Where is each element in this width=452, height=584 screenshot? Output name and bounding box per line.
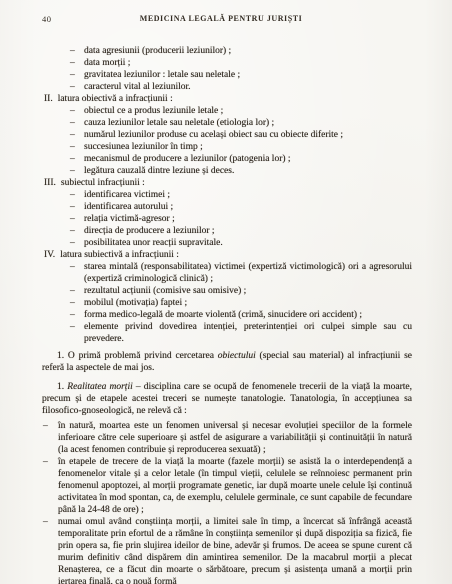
outline-list: –data agresiunii (producerii leziunilor)… xyxy=(42,45,412,345)
outline-dash-item: –relația victimă-agresor ; xyxy=(42,213,412,225)
dash-bullet-icon: – xyxy=(70,285,84,297)
paragraph-text: 1. xyxy=(57,382,67,392)
outline-roman-item: II.latura obiectivă a infracțiunii : xyxy=(42,93,412,105)
outline-item-text: caracterul vital al leziunilor. xyxy=(84,81,412,93)
outline-dash-item: –mobilul (motivația) faptei ; xyxy=(42,297,412,309)
outline-item-text: succesiunea leziunilor în timp ; xyxy=(84,141,412,153)
dash-bullet-icon: – xyxy=(70,81,84,93)
dash-bullet-icon: – xyxy=(70,57,84,69)
outline-roman-item: IV.latura subiectivă a infracțiunii : xyxy=(42,249,412,261)
bullet-list: –în natură, moartea este un fenomen univ… xyxy=(42,420,412,584)
page-body: –data agresiunii (producerii leziunilor)… xyxy=(42,45,412,584)
dash-bullet-icon: – xyxy=(70,297,84,309)
outline-dash-item: –succesiunea leziunilor în timp ; xyxy=(42,141,412,153)
dash-bullet-icon: – xyxy=(70,129,84,141)
outline-dash-item: –data agresiunii (producerii leziunilor)… xyxy=(42,45,412,57)
outline-dash-item: –forma medico-legală de moarte violentă … xyxy=(42,309,412,321)
outline-item-text: data agresiunii (producerii leziunilor) … xyxy=(84,45,412,57)
outline-dash-item: –gravitatea leziunilor : letale sau nele… xyxy=(42,69,412,81)
outline-dash-item: –direcția de producere a leziunilor ; xyxy=(42,225,412,237)
dash-bullet-icon: – xyxy=(70,141,84,153)
outline-dash-item: –elemente privind dovedirea intenției, p… xyxy=(42,321,412,345)
dash-bullet-icon: – xyxy=(70,237,84,249)
dash-bullet-icon: – xyxy=(70,45,84,57)
outline-item-text: subiectul infracțiunii : xyxy=(61,177,412,189)
outline-item-text: gravitatea leziunilor : letale sau nelet… xyxy=(84,69,412,81)
outline-item-text: posibilitatea unor reacții supravitale. xyxy=(84,237,412,249)
dash-bullet-icon: – xyxy=(70,117,84,129)
paragraph-italic-term: Realitatea morții xyxy=(67,382,132,392)
roman-numeral-label: III. xyxy=(44,177,61,189)
running-title: MEDICINA LEGALĂ PENTRU JURIȘTI xyxy=(36,14,406,24)
roman-numeral-label: IV. xyxy=(44,249,60,261)
outline-dash-item: –mecanismul de producere a leziunilor (p… xyxy=(42,153,412,165)
dash-bullet-icon: – xyxy=(70,69,84,81)
outline-item-text: data morții ; xyxy=(84,57,412,69)
outline-dash-item: –numărul leziunilor produse cu același o… xyxy=(42,129,412,141)
bullet-item-text: în natură, moartea este un fenomen unive… xyxy=(58,420,412,456)
outline-item-text: relația victimă-agresor ; xyxy=(84,213,412,225)
outline-item-text: legătura cauzală dintre leziune și deces… xyxy=(84,165,412,177)
roman-numeral-label: II. xyxy=(44,93,58,105)
paragraph-text: 1. O primă problemă privind cercetarea xyxy=(57,351,218,361)
paragraph-object-intro: 1. O primă problemă privind cercetarea o… xyxy=(42,350,412,374)
outline-item-text: mecanismul de producere a leziunilor (pa… xyxy=(84,153,412,165)
dash-bullet-icon: – xyxy=(70,225,84,237)
outline-dash-item: –identificarea autorului ; xyxy=(42,201,412,213)
outline-item-text: mobilul (motivația) faptei ; xyxy=(84,297,412,309)
outline-item-text: cauza leziunilor letale sau neletale (et… xyxy=(84,117,412,129)
dash-bullet-icon: – xyxy=(70,321,84,345)
outline-dash-item: –identificarea victimei ; xyxy=(42,189,412,201)
outline-item-text: identificarea victimei ; xyxy=(84,189,412,201)
outline-item-text: obiectul ce a produs leziunile letale ; xyxy=(84,105,412,117)
outline-dash-item: –posibilitatea unor reacții supravitale. xyxy=(42,237,412,249)
outline-dash-item: –caracterul vital al leziunilor. xyxy=(42,81,412,93)
dash-bullet-icon: – xyxy=(70,165,84,177)
outline-item-text: numărul leziunilor produse cu același ob… xyxy=(84,129,412,141)
outline-dash-item: –legătura cauzală dintre leziune și dece… xyxy=(42,165,412,177)
outline-item-text: identificarea autorului ; xyxy=(84,201,412,213)
book-page: 40 MEDICINA LEGALĂ PENTRU JURIȘTI –data … xyxy=(0,0,452,584)
dash-bullet-icon: – xyxy=(42,516,58,584)
outline-item-text: direcția de producere a leziunilor ; xyxy=(84,225,412,237)
bullet-item: –în etapele de trecere de la viață la mo… xyxy=(42,456,412,516)
bullet-item-text: în etapele de trecere de la viață la moa… xyxy=(58,456,412,516)
bullet-item: –în natură, moartea este un fenomen univ… xyxy=(42,420,412,456)
dash-bullet-icon: – xyxy=(70,261,84,285)
dash-bullet-icon: – xyxy=(70,201,84,213)
dash-bullet-icon: – xyxy=(70,105,84,117)
dash-bullet-icon: – xyxy=(70,213,84,225)
outline-item-text: elemente privind dovedirea intenției, pr… xyxy=(84,321,412,345)
paragraph-italic-term: obiectului xyxy=(218,351,256,361)
bullet-item: –numai omul având conștiința morții, a l… xyxy=(42,516,412,584)
outline-item-text: latura obiectivă a infracțiunii : xyxy=(58,93,412,105)
outline-item-text: rezultatul acțiunii (comisive sau omisiv… xyxy=(84,285,412,297)
outline-roman-item: III.subiectul infracțiunii : xyxy=(42,177,412,189)
outline-item-text: latura subiectivă a infracțiunii : xyxy=(60,249,412,261)
paragraph-realitatea-mortii: 1. Realitatea morții – disciplina care s… xyxy=(42,381,412,417)
outline-dash-item: –rezultatul acțiunii (comisive sau omisi… xyxy=(42,285,412,297)
dash-bullet-icon: – xyxy=(70,309,84,321)
outline-item-text: forma medico-legală de moarte violentă (… xyxy=(84,309,412,321)
dash-bullet-icon: – xyxy=(42,420,58,456)
dash-bullet-icon: – xyxy=(70,189,84,201)
outline-item-text: starea mintală (responsabilitatea) victi… xyxy=(84,261,412,285)
page-header: 40 MEDICINA LEGALĂ PENTRU JURIȘTI xyxy=(42,14,412,24)
dash-bullet-icon: – xyxy=(42,456,58,516)
bullet-item-text: numai omul având conștiința morții, a li… xyxy=(58,516,412,584)
outline-dash-item: –data morții ; xyxy=(42,57,412,69)
outline-dash-item: –starea mintală (responsabilitatea) vict… xyxy=(42,261,412,285)
outline-dash-item: –cauza leziunilor letale sau neletale (e… xyxy=(42,117,412,129)
outline-dash-item: –obiectul ce a produs leziunile letale ; xyxy=(42,105,412,117)
dash-bullet-icon: – xyxy=(70,153,84,165)
